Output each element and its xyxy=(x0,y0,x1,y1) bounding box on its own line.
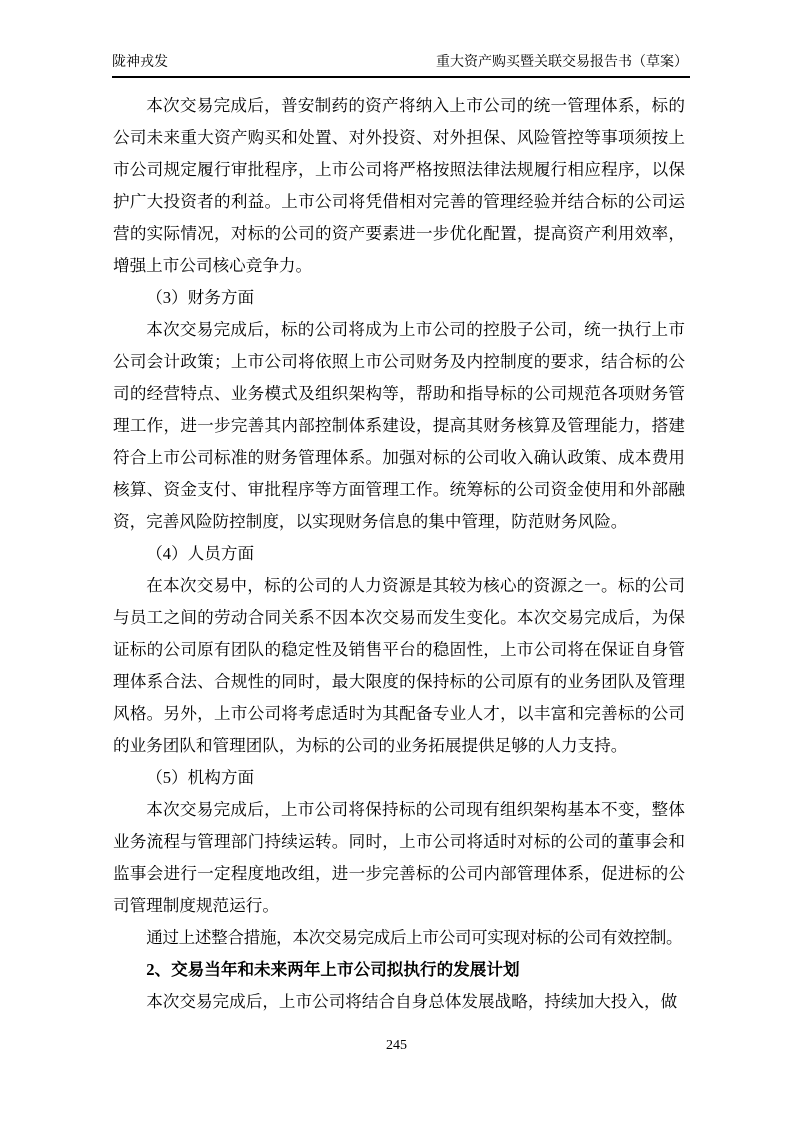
subsection-heading-organization: （5）机构方面 xyxy=(113,762,685,794)
paragraph: 本次交易完成后，上市公司将结合自身总体发展战略，持续加大投入，做 xyxy=(113,986,685,1018)
document-page: 陇神戎发 重大资产购买暨关联交易报告书（草案） 本次交易完成后，普安制药的资产将… xyxy=(0,0,793,1122)
header-divider xyxy=(112,76,690,78)
page-footer: 245 xyxy=(0,1037,793,1055)
paragraph: 通过上述整合措施，本次交易完成后上市公司可实现对标的公司有效控制。 xyxy=(113,922,685,954)
paragraph: 本次交易完成后，标的公司将成为上市公司的控股子公司，统一执行上市公司会计政策；上… xyxy=(113,314,685,538)
paragraph: 在本次交易中，标的公司的人力资源是其较为核心的资源之一。标的公司与员工之间的劳动… xyxy=(113,570,685,762)
section-heading-development-plan: 2、交易当年和未来两年上市公司拟执行的发展计划 xyxy=(113,954,685,986)
subsection-heading-finance: （3）财务方面 xyxy=(113,282,685,314)
header-company-name: 陇神戎发 xyxy=(112,53,168,73)
paragraph: 本次交易完成后，普安制药的资产将纳入上市公司的统一管理体系，标的公司未来重大资产… xyxy=(113,90,685,282)
paragraph: 本次交易完成后，上市公司将保持标的公司现有组织架构基本不变，整体业务流程与管理部… xyxy=(113,794,685,922)
header-report-title: 重大资产购买暨关联交易报告书（草案） xyxy=(436,53,688,73)
page-header: 陇神戎发 重大资产购买暨关联交易报告书（草案） xyxy=(112,53,688,73)
document-body: 本次交易完成后，普安制药的资产将纳入上市公司的统一管理体系，标的公司未来重大资产… xyxy=(113,90,685,1018)
subsection-heading-personnel: （4）人员方面 xyxy=(113,538,685,570)
page-number: 245 xyxy=(386,1038,407,1053)
